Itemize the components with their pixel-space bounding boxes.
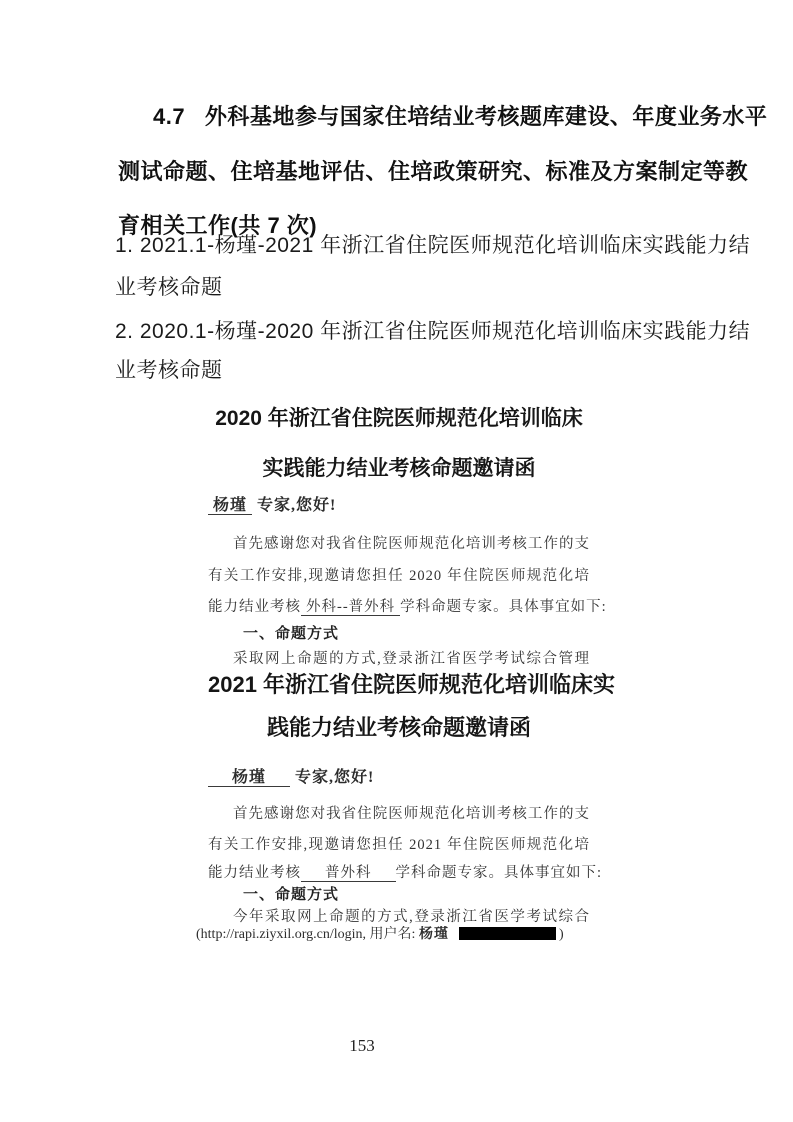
letter-2021-body-line-3-suffix: 学科命题专家。具体事宜如下:: [396, 865, 603, 881]
letter-2021-title-line-2: 践能力结业考核命题邀请函: [208, 711, 590, 742]
letter-2021-url-prefix: (http://rapi.ziyxil.org.cn/login, 用户名:: [196, 927, 419, 941]
letter-2020-body-line-3-prefix: 能力结业考核: [208, 599, 301, 615]
letter-2021-url-line: (http://rapi.ziyxil.org.cn/login, 用户名: 杨…: [196, 926, 606, 941]
letter-2020-body-line-3-suffix: 学科命题专家。具体事宜如下:: [400, 599, 607, 615]
redaction-bar: [459, 927, 556, 940]
letter-2020-title-line-1: 2020 年浙江省住院医师规范化培训临床: [208, 402, 590, 432]
letter-2021-section-text: 今年采取网上命题的方式,登录浙江省医学考试综合管理平台: [233, 905, 590, 927]
letter-2020-body-line-3: 能力结业考核外科--普外科学科命题专家。具体事宜如下:: [208, 595, 607, 616]
list-item-2-line-1: 2. 2020.1-杨瑾-2020 年浙江省住院医师规范化培训临床实践能力结: [115, 315, 750, 345]
letter-2021-greeting-suffix: 专家,您好!: [290, 769, 374, 786]
letter-2021-body-line-3: 能力结业考核普外科学科命题专家。具体事宜如下:: [208, 861, 602, 882]
list-item-1-line-1: 1. 2021.1-杨瑾-2021 年浙江省住院医师规范化培训临床实践能力结: [115, 229, 750, 259]
letter-2020-body-line-2: 有关工作安排,现邀请您担任 2020 年住院医师规范化培训临床实践: [208, 564, 590, 586]
document-page: 4.7 外科基地参与国家住培结业考核题库建设、年度业务水平 测试命题、住培基地评…: [0, 0, 793, 1122]
letter-2020-section-heading: 一、命题方式: [243, 622, 339, 643]
letter-2020-body-line-1: 首先感谢您对我省住院医师规范化培训考核工作的支持!根据: [208, 532, 590, 554]
letter-2021-body-line-3-prefix: 能力结业考核: [208, 865, 301, 881]
letter-2021-body-line-2: 有关工作安排,现邀请您担任 2021 年住院医师规范化培训临床实践: [208, 833, 590, 855]
section-heading-line-1: 4.7 外科基地参与国家住培结业考核题库建设、年度业务水平: [153, 100, 767, 131]
letter-2021-subject-blank: 普外科: [301, 865, 396, 882]
letter-2020-greeting: 杨瑾 专家,您好!: [208, 492, 336, 515]
letter-2021-username: 杨瑾: [419, 927, 449, 941]
letter-2021-expert-name-underline: 杨瑾: [208, 769, 290, 787]
list-item-1-line-2: 业考核命题: [115, 271, 223, 301]
page-number: 153: [0, 1036, 724, 1056]
letter-2020-section-text: 采取网上命题的方式,登录浙江省医学考试综合管理平台: [233, 647, 590, 669]
letter-2020-greeting-suffix: 专家,您好!: [252, 497, 336, 514]
letter-2021-url-suffix: ): [559, 927, 564, 941]
letter-2020-expert-name-underline: 杨瑾: [208, 497, 252, 515]
section-heading-line-2: 测试命题、住培基地评估、住培政策研究、标准及方案制定等教: [118, 155, 748, 186]
letter-2021-body-line-1: 首先感谢您对我省住院医师规范化培训考核工作的支持!根据: [208, 802, 590, 824]
letter-2021-url-line-clipped: (http://rapi.ziyxil.org.cn/login, 用户名: 杨…: [196, 926, 606, 941]
letter-2021-greeting: 杨瑾 专家,您好!: [208, 764, 374, 787]
list-item-2-line-2: 业考核命题: [115, 354, 223, 384]
letter-2020-title-line-2: 实践能力结业考核命题邀请函: [208, 452, 590, 482]
letter-2021-title-line-1: 2021 年浙江省住院医师规范化培训临床实: [208, 668, 590, 699]
letter-2020-subject-blank: 外科--普外科: [301, 599, 400, 616]
letter-2021-section-heading: 一、命题方式: [243, 883, 339, 904]
